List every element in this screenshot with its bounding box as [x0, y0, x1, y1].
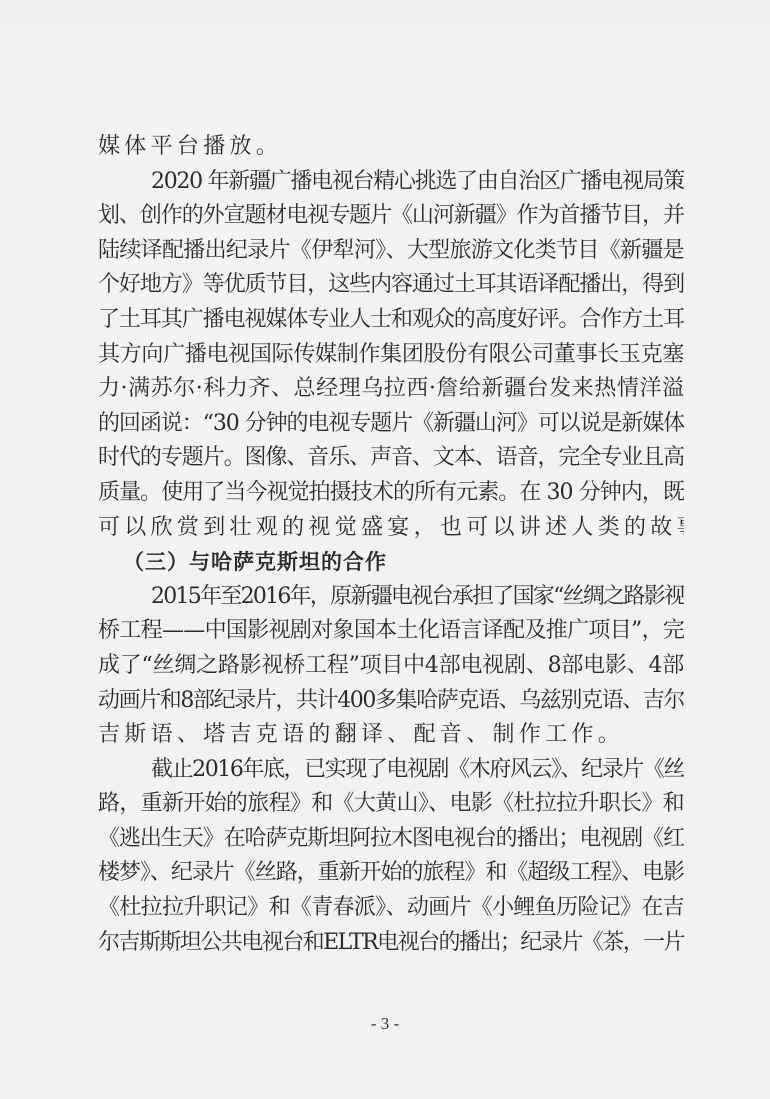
body-text: 媒体平台播放。 2020 年新疆广播电视台精心挑选了由自治区广播电视局策 划、创… — [98, 130, 684, 960]
text-line: 质量。使用了当今视觉拍摄技术的所有元素。在 30 分钟内，既 — [98, 476, 684, 511]
text-line: 时代的专题片。图像、音乐、声音、文本、语音，完全专业且高 — [98, 441, 684, 476]
text-line: 了土耳其广播电视媒体专业人士和观众的高度好评。合作方土耳 — [98, 303, 684, 338]
text-line: 路，重新开始的旅程》和《大黄山》、电影《杜拉拉升职长》和 — [98, 787, 684, 822]
text-line: 个好地方》等优质节目，这些内容通过土耳其语译配播出，得到 — [98, 268, 684, 303]
text-line: 媒体平台播放。 — [98, 130, 684, 165]
text-line: 尔吉斯斯坦公共电视台和ELTR电视台的播出；纪录片《茶，一片 — [98, 926, 684, 961]
text-line: 的回函说：“30 分钟的电视专题片《新疆山河》可以说是新媒体 — [98, 407, 684, 442]
text-line: 2015年至2016年，原新疆电视台承担了国家“丝绸之路影视 — [98, 580, 684, 615]
text-line: 力·满苏尔·科力齐、总经理乌拉西·詹给新疆台发来热情洋溢 — [98, 372, 684, 407]
text-line: 动画片和8部纪录片，共计400多集哈萨克语、乌兹别克语、吉尔 — [98, 684, 684, 719]
text-line: 其方向广播电视国际传媒制作集团股份有限公司董事长玉克塞 — [98, 338, 684, 373]
text-line: 吉斯语、塔吉克语的翻译、配音、制作工作。 — [98, 718, 684, 753]
text-line: 2020 年新疆广播电视台精心挑选了由自治区广播电视局策 — [98, 165, 684, 200]
text-line: 《逃出生天》在哈萨克斯坦阿拉木图电视台的播出；电视剧《红 — [98, 822, 684, 857]
document-page: 媒体平台播放。 2020 年新疆广播电视台精心挑选了由自治区广播电视局策 划、创… — [0, 0, 770, 1099]
text-line: 可以欣赏到壮观的视觉盛宴，也可以讲述人类的故事。 — [98, 511, 684, 546]
text-line: 成了“丝绸之路影视桥工程”项目中4部电视剧、8部电影、4部 — [98, 649, 684, 684]
text-line: 划、创作的外宣题材电视专题片《山河新疆》作为首播节目，并 — [98, 199, 684, 234]
text-line: 《杜拉拉升职记》和《青春派》、动画片《小鲤鱼历险记》在吉 — [98, 891, 684, 926]
section-heading: （三）与哈萨克斯坦的合作 — [98, 545, 684, 580]
text-line: 桥工程——中国影视剧对象国本土化语言译配及推广项目”，完 — [98, 614, 684, 649]
page-number: - 3 - — [0, 1014, 770, 1034]
text-line: 陆续译配播出纪录片《伊犁河》、大型旅游文化类节目《新疆是 — [98, 234, 684, 269]
text-line: 楼梦》、纪录片《丝路，重新开始的旅程》和《超级工程》、电影 — [98, 856, 684, 891]
text-line: 截止2016年底，已实现了电视剧《木府风云》、纪录片《丝 — [98, 753, 684, 788]
